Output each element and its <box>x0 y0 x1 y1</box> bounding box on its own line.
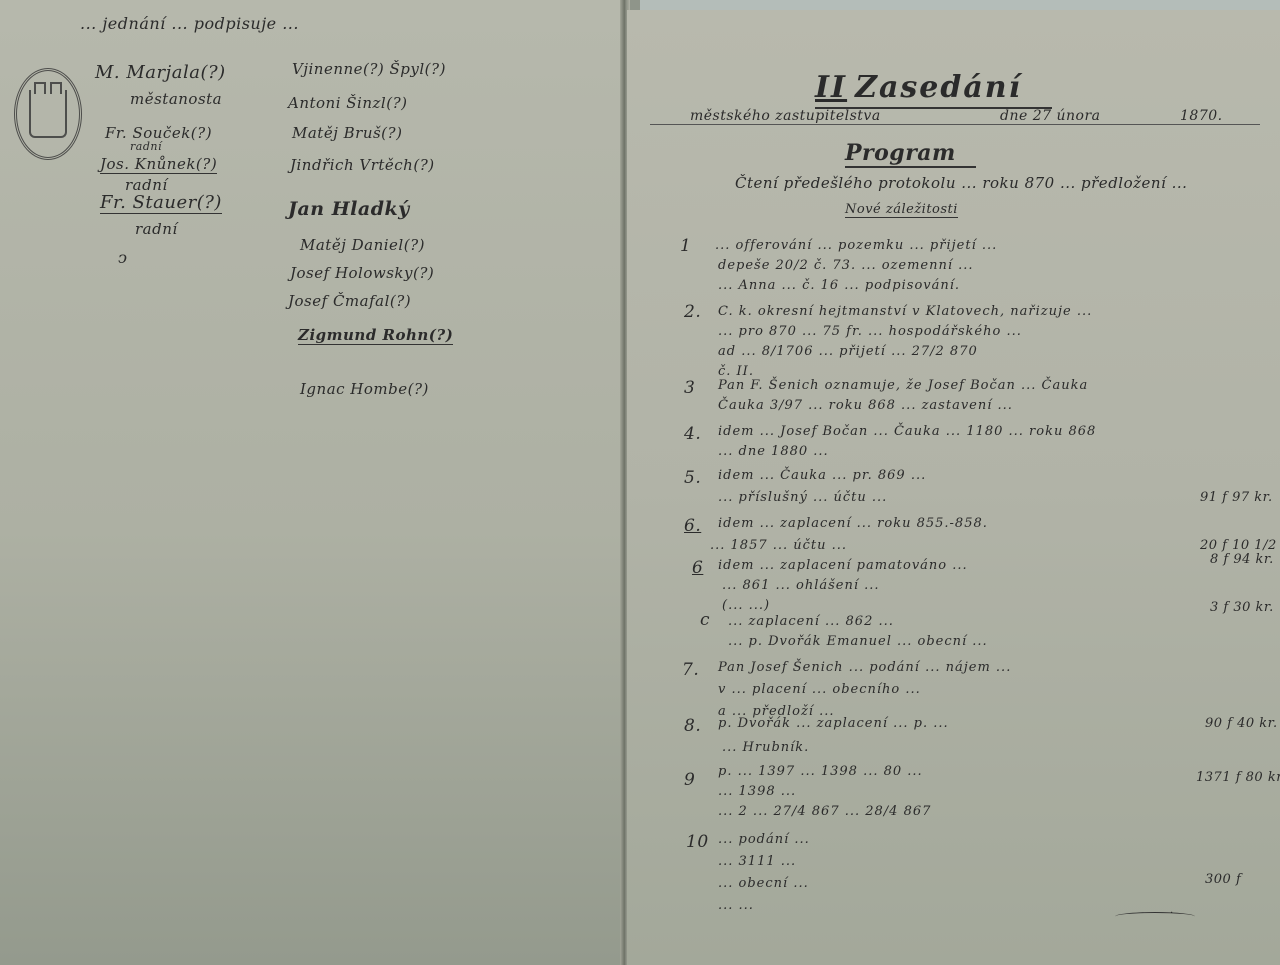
item-number: 8. <box>684 716 701 736</box>
item-line: ... 2 ... 27/4 867 ... 28/4 867 <box>718 804 931 819</box>
item-amount: 90 f 40 kr. <box>1205 716 1278 731</box>
signature-councillor-1-role: radní <box>130 140 162 153</box>
signature-member-5: Jan Hladký <box>288 198 410 220</box>
item-line: p. Dvořák ... zaplacení ... p. ... <box>718 716 949 731</box>
item-line: C. k. okresní hejtmanství v Klatovech, n… <box>718 304 1092 319</box>
item-line: ... 861 ... ohlášení ... <box>722 578 880 593</box>
item-number: 7. <box>682 660 699 680</box>
flourish-dot: · <box>1170 908 1174 919</box>
new-items-heading: Nové záležitosti <box>845 202 958 218</box>
item-line: ... dne 1880 ... <box>718 444 829 459</box>
item-amount: 20 f 10 1/2 <box>1200 538 1277 553</box>
item-amount: 91 f 97 kr. <box>1200 490 1273 505</box>
item-number: 6 <box>692 558 703 578</box>
item-number: 9 <box>684 770 695 790</box>
signature-councillor-2: Jos. Knůnek(?) <box>100 155 217 174</box>
item-line: Pan F. Šenich oznamuje, že Josef Bočan .… <box>718 378 1088 393</box>
signature-member-1: Vjinenne(?) Špyl(?) <box>292 60 446 78</box>
item-line: ... 3111 ... <box>718 854 796 869</box>
castle-emblem-icon <box>29 90 67 138</box>
open-register-book: ... jednání ... podpisuje ... M. Marjala… <box>0 0 1280 965</box>
signature-member-8: Josef Čmafal(?) <box>288 292 411 310</box>
item-line: ... obecní ... <box>718 876 809 891</box>
municipal-seal-icon <box>14 68 82 160</box>
item-line: ... Anna ... č. 16 ... podpisování. <box>718 278 960 293</box>
session-date: dne 27 února <box>1000 108 1100 124</box>
item-number: c <box>700 610 710 630</box>
item-amount: 3 f 30 kr. <box>1210 600 1274 615</box>
item-line: Pan Josef Šenich ... podání ... nájem ..… <box>718 660 1011 675</box>
item-number: 10 <box>686 832 709 852</box>
item-line: depeše 20/2 č. 73. ... ozemenní ... <box>718 258 974 273</box>
signature-councillor-3-role: radní <box>135 220 178 238</box>
signature-member-7: Josef Holowsky(?) <box>290 264 434 282</box>
signature-member-9: Zigmund Rohn(?) <box>298 326 453 345</box>
item-number: 1 <box>680 236 691 256</box>
item-amount: 1371 f 80 kr. / 104 f 62 kr. <box>1196 770 1280 785</box>
item-amount: 300 f <box>1205 872 1241 887</box>
item-line: ... zaplacení ... 862 ... <box>728 614 894 629</box>
signature-mark: ͻ <box>118 248 127 267</box>
item-number: 3 <box>684 378 695 398</box>
left-page: ... jednání ... podpisuje ... M. Marjala… <box>0 0 627 965</box>
item-line: ad ... 8/1706 ... přijetí ... 27/2 870 <box>718 344 978 359</box>
item-number: 6. <box>684 516 701 536</box>
item-line: idem ... zaplacení pamatováno ... <box>718 558 968 573</box>
signature-mayor: M. Marjala(?) <box>95 62 226 83</box>
end-flourish-icon <box>1115 912 1195 921</box>
item-line: (... ...) <box>722 598 770 613</box>
program-heading: Program <box>845 140 976 168</box>
minutes-reading-line: Čtení předešlého protokolu ... roku 870 … <box>735 174 1187 192</box>
signature-member-10: Ignac Hombe(?) <box>300 380 429 398</box>
signature-member-3: Matěj Bruš(?) <box>292 124 402 142</box>
item-line: p. ... 1397 ... 1398 ... 80 ... <box>718 764 923 779</box>
signature-councillor-3: Fr. Stauer(?) <box>100 192 222 214</box>
session-title-text: Zasedání <box>855 70 1022 105</box>
item-line: č. II. <box>718 364 754 379</box>
item-line: idem ... Čauka ... pr. 869 ... <box>718 468 926 483</box>
session-subtitle: městského zastupitelstva dne 27 února 18… <box>650 108 1260 125</box>
signature-member-4: Jindřich Vrtěch(?) <box>290 156 435 174</box>
item-line: ... podání ... <box>718 832 810 847</box>
signature-member-6: Matěj Daniel(?) <box>300 236 425 254</box>
item-line: ... p. Dvořák Emanuel ... obecní ... <box>728 634 988 649</box>
item-line: ... 1857 ... účtu ... <box>710 538 847 553</box>
session-title: IIZasedání <box>815 70 1052 109</box>
item-number: 2. <box>684 302 701 322</box>
council-name: městského zastupitelstva <box>690 108 881 124</box>
item-number: 4. <box>684 424 701 444</box>
item-line: Čauka 3/97 ... roku 868 ... zastavení ..… <box>718 398 1013 413</box>
item-line: ... Hrubník. <box>722 740 809 755</box>
item-number: 5. <box>684 468 701 488</box>
item-line: ... 1398 ... <box>718 784 796 799</box>
item-line: ... pro 870 ... 75 fr. ... hospodářského… <box>718 324 1022 339</box>
session-year: 1870. <box>1180 108 1223 124</box>
session-number: II <box>815 70 847 105</box>
item-line: idem ... zaplacení ... roku 855.-858. <box>718 516 988 531</box>
item-line: v ... placení ... obecního ... <box>718 682 921 697</box>
item-line: ... příslušný ... účtu ... <box>718 490 887 505</box>
signature-mayor-role: městanosta <box>130 90 222 108</box>
left-page-top-line: ... jednání ... podpisuje ... <box>80 14 299 33</box>
item-line: ... ... <box>718 898 754 913</box>
signature-member-2: Antoni Šinzl(?) <box>288 94 407 112</box>
item-line: idem ... Josef Bočan ... Čauka ... 1180 … <box>718 424 1096 439</box>
item-line: ... offerování ... pozemku ... přijetí .… <box>715 238 997 253</box>
item-amount: 8 f 94 kr. <box>1210 552 1274 567</box>
